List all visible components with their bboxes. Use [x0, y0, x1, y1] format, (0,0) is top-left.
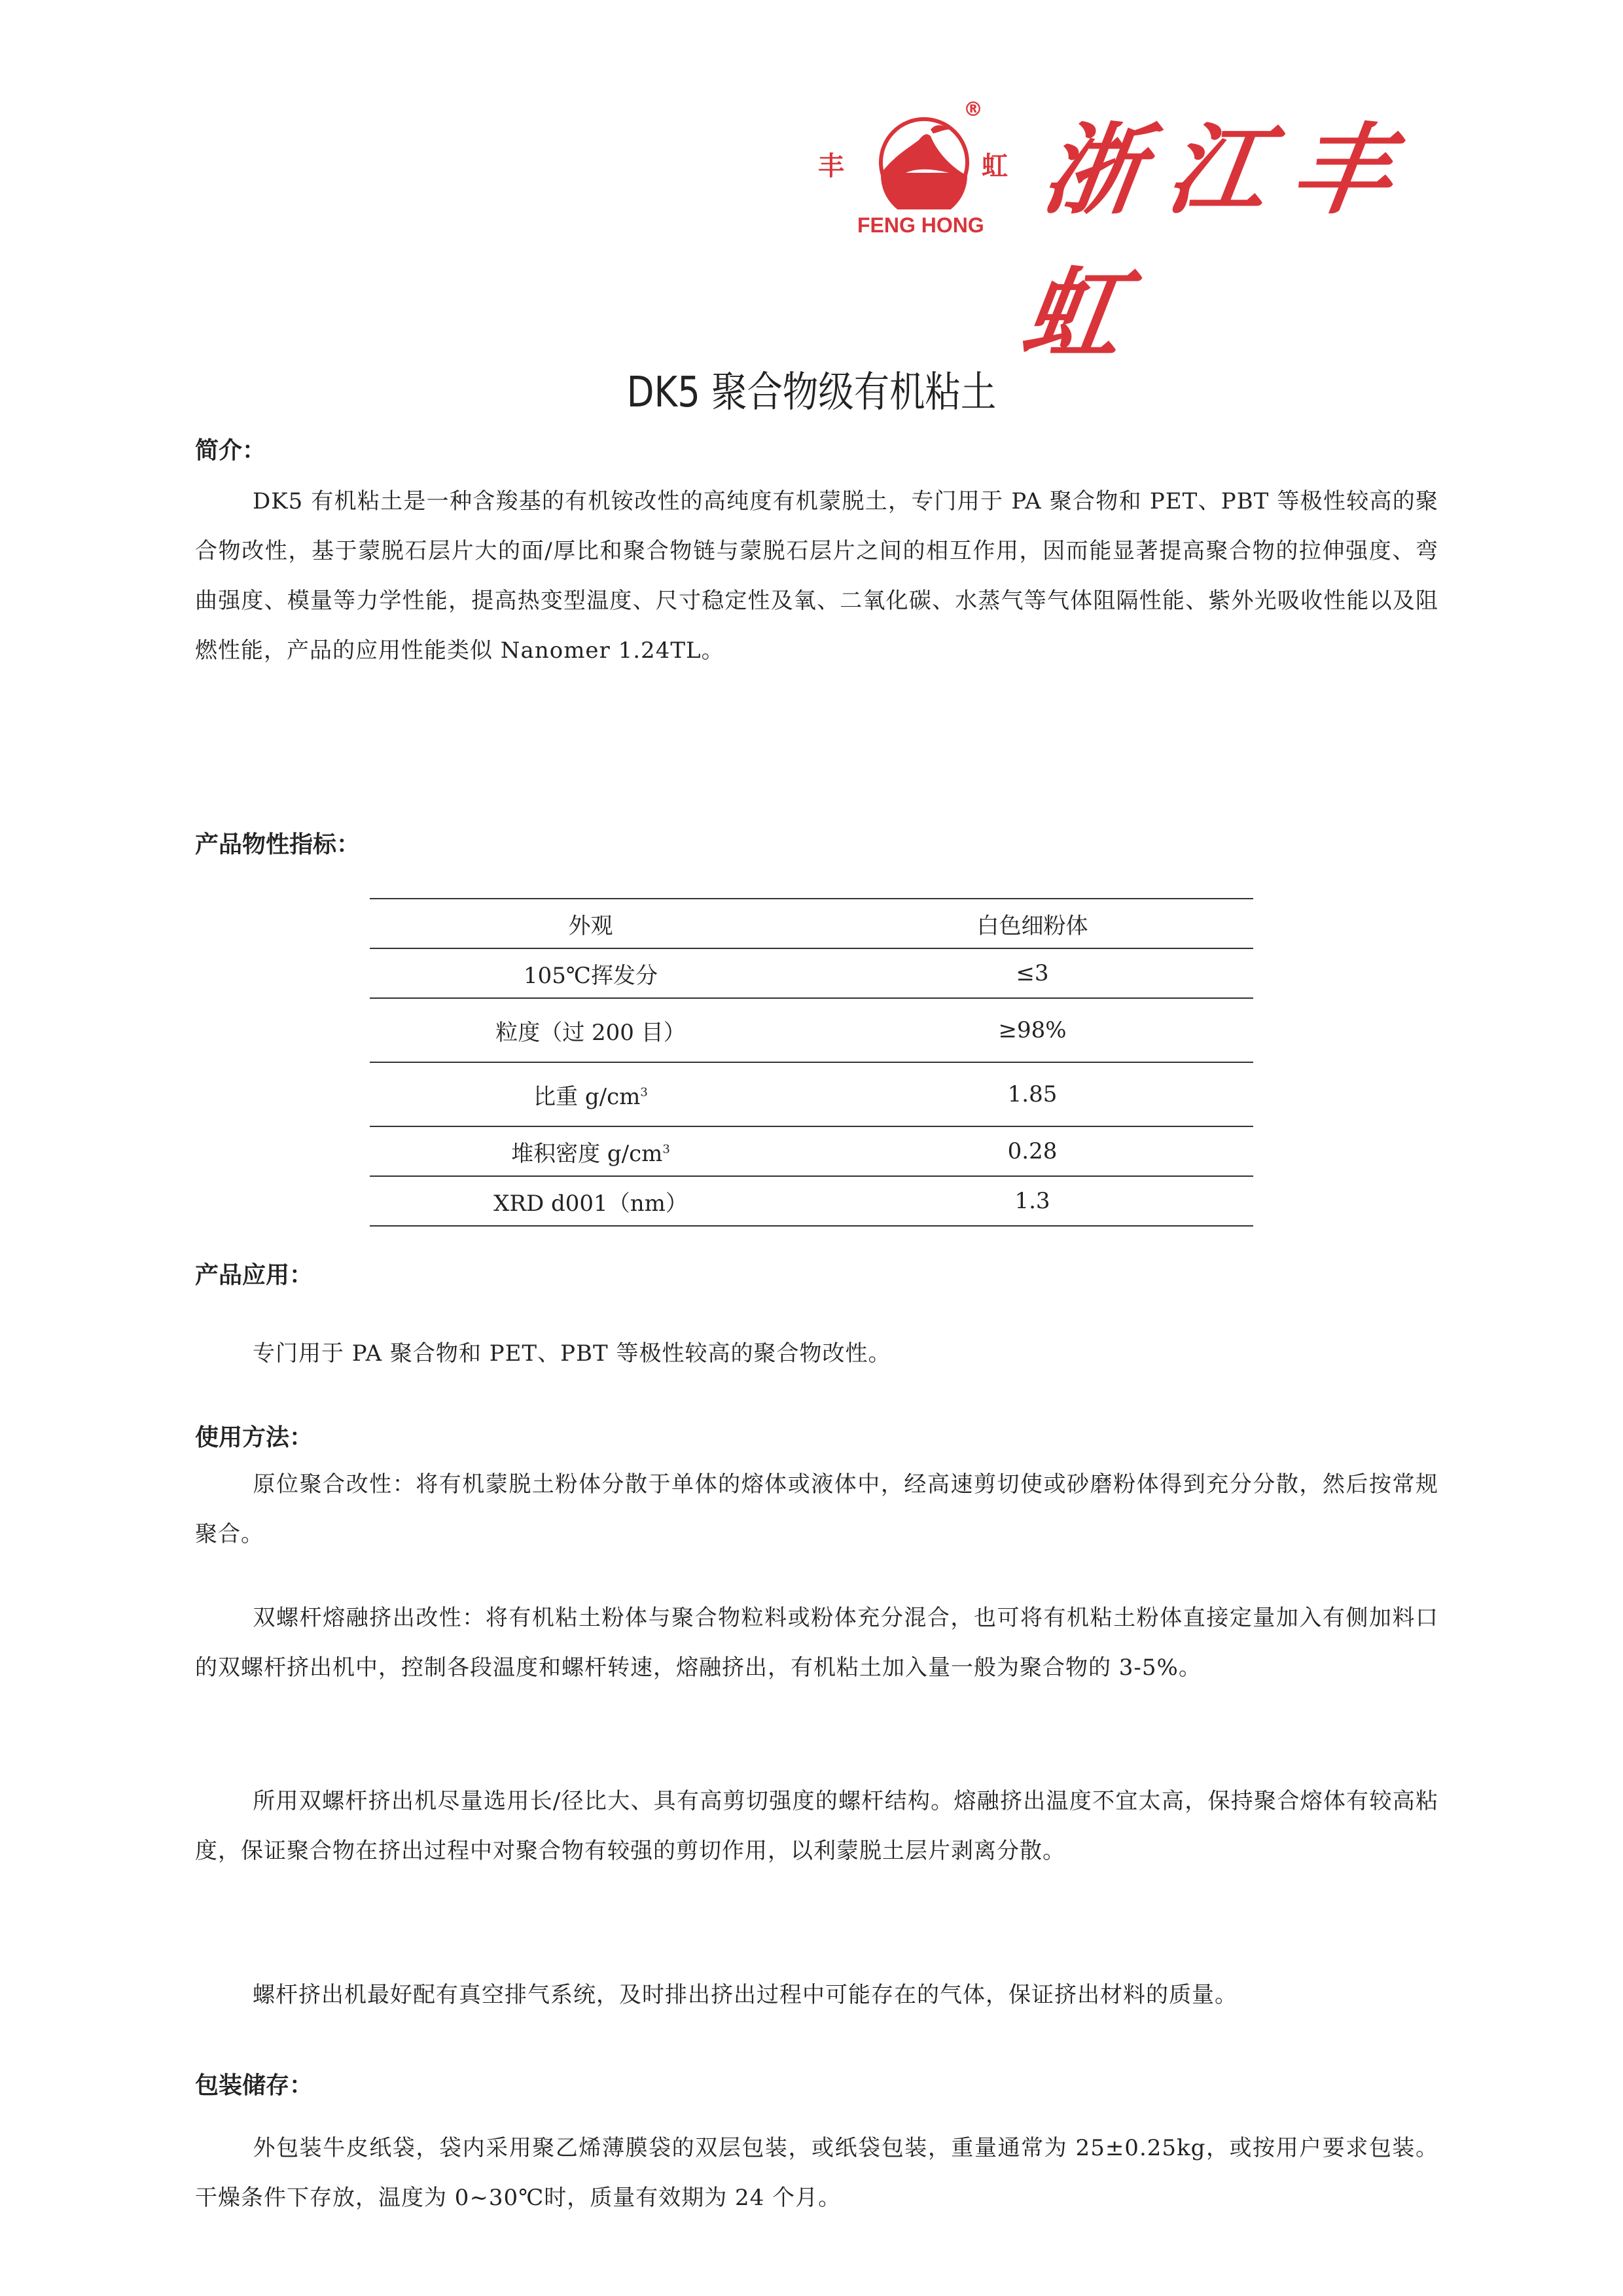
application-paragraph: 专门用于 PA 聚合物和 PET、PBT 等极性较高的聚合物改性。 — [195, 1329, 1438, 1378]
mountain-emblem-icon — [876, 110, 972, 209]
page-title: DK5 聚合物级有机粘土 — [122, 359, 1501, 419]
packaging-paragraph: 外包装牛皮纸袋，袋内采用聚乙烯薄膜袋的双层包装，或纸袋包装，重量通常为 25±0… — [195, 2123, 1438, 2223]
usage-paragraph-3: 所用双螺杆挤出机尽量选用长/径比大、具有高剪切强度的螺杆结构。熔融挤出温度不宜太… — [195, 1776, 1438, 1876]
property-label: 堆积密度 g/cm — [511, 1141, 662, 1167]
usage-paragraph-2: 双螺杆熔融挤出改性：将有机粘土粉体与聚合物粒料或粉体充分混合，也可将有机粘土粉体… — [195, 1593, 1438, 1693]
usage-text-3: 所用双螺杆挤出机尽量选用长/径比大、具有高剪切强度的螺杆结构。熔融挤出温度不宜太… — [195, 1788, 1438, 1864]
usage-paragraph-4: 螺杆挤出机最好配有真空排气系统，及时排出挤出过程中可能存在的气体，保证挤出材料的… — [195, 1975, 1438, 2015]
company-logo: 丰 ® 虹 FENG HONG 浙江丰虹 — [818, 98, 1446, 242]
property-label: 比重 g/cm — [533, 1084, 640, 1110]
logo-left-char: 丰 — [818, 145, 844, 183]
superscript: 3 — [662, 1142, 669, 1156]
registered-mark: ® — [963, 98, 983, 121]
table-row: 105℃挥发分 ≤3 — [370, 948, 1253, 998]
intro-text: DK5 有机粘土是一种含羧基的有机铵改性的高纯度有机蒙脱土，专门用于 PA 聚合… — [195, 488, 1438, 664]
table-row: 外观 白色细粉体 — [370, 899, 1253, 948]
specs-heading: 产品物性指标： — [195, 826, 360, 859]
value-cell: 1.3 — [811, 1176, 1253, 1226]
property-cell: 105℃挥发分 — [370, 948, 811, 998]
value-cell: ≥98% — [811, 998, 1253, 1062]
property-cell: 堆积密度 g/cm3 — [370, 1126, 811, 1176]
usage-paragraph-1: 原位聚合改性：将有机蒙脱土粉体分散于单体的熔体或液体中，经高速剪切使或砂磨粉体得… — [195, 1460, 1438, 1559]
table-row: 堆积密度 g/cm3 0.28 — [370, 1126, 1253, 1176]
table-row: XRD d001（nm） 1.3 — [370, 1176, 1253, 1226]
packaging-text: 外包装牛皮纸袋，袋内采用聚乙烯薄膜袋的双层包装，或纸袋包装，重量通常为 25±0… — [195, 2135, 1438, 2211]
specs-table: 外观 白色细粉体 105℃挥发分 ≤3 粒度（过 200 目） ≥98% 比重 … — [370, 898, 1253, 1227]
property-cell: 粒度（过 200 目） — [370, 998, 811, 1062]
property-cell: 外观 — [370, 899, 811, 948]
intro-heading: 简介： — [195, 432, 266, 465]
value-cell: 白色细粉体 — [811, 899, 1253, 948]
logo-right-char: 虹 — [982, 145, 1008, 183]
value-cell: 0.28 — [811, 1126, 1253, 1176]
intro-paragraph: DK5 有机粘土是一种含羧基的有机铵改性的高纯度有机蒙脱土，专门用于 PA 聚合… — [195, 476, 1438, 675]
logo-brand-english: FENG HONG — [857, 213, 984, 238]
value-cell: 1.85 — [811, 1062, 1253, 1126]
table-row: 粒度（过 200 目） ≥98% — [370, 998, 1253, 1062]
packaging-heading: 包装储存： — [195, 2067, 313, 2100]
table-row: 比重 g/cm3 1.85 — [370, 1062, 1253, 1126]
usage-text-1: 原位聚合改性：将有机蒙脱土粉体分散于单体的熔体或液体中，经高速剪切使或砂磨粉体得… — [195, 1471, 1438, 1547]
value-cell: ≤3 — [811, 948, 1253, 998]
usage-heading: 使用方法： — [195, 1419, 313, 1452]
usage-text-2: 双螺杆熔融挤出改性：将有机粘土粉体与聚合物粒料或粉体充分混合，也可将有机粘土粉体… — [195, 1605, 1438, 1681]
property-cell: 比重 g/cm3 — [370, 1062, 811, 1126]
application-text: 专门用于 PA 聚合物和 PET、PBT 等极性较高的聚合物改性。 — [253, 1340, 891, 1367]
superscript: 3 — [640, 1085, 647, 1099]
logo-brand-calligraphy: 浙江丰虹 — [1014, 98, 1467, 386]
application-heading: 产品应用： — [195, 1257, 313, 1290]
usage-text-4: 螺杆挤出机最好配有真空排气系统，及时排出挤出过程中可能存在的气体，保证挤出材料的… — [253, 1982, 1238, 2008]
property-cell: XRD d001（nm） — [370, 1176, 811, 1226]
